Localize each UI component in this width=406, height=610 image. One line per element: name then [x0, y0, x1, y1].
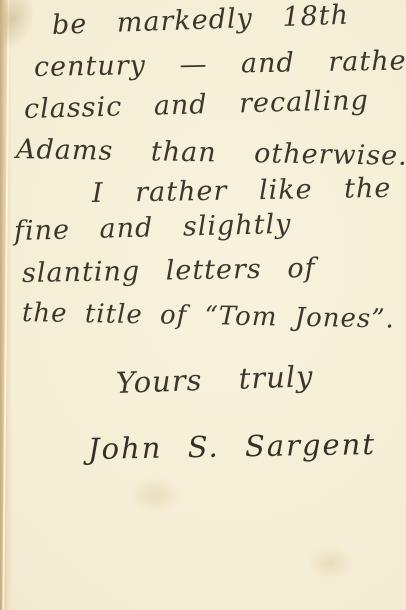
handwriting-line: century — and rather [34, 45, 406, 83]
paper-age-spot [120, 470, 190, 520]
paper-age-spot [300, 540, 360, 586]
handwriting-line: fine and slightly [14, 209, 292, 247]
handwriting-line: classic and recalling [24, 85, 370, 125]
letter-page: be markedly 18th century — and rather cl… [0, 0, 406, 610]
handwriting-line: the title of “Tom Jones”. [22, 298, 395, 335]
handwriting-line: be markedly 18th [51, 0, 349, 41]
handwriting-line: Adams than otherwise. [16, 134, 406, 172]
closing-line: Yours truly [115, 359, 314, 400]
handwriting-line: I rather like the [92, 173, 392, 209]
signature: John S. Sargent [88, 427, 377, 466]
handwriting-line: slanting letters of [22, 253, 316, 289]
